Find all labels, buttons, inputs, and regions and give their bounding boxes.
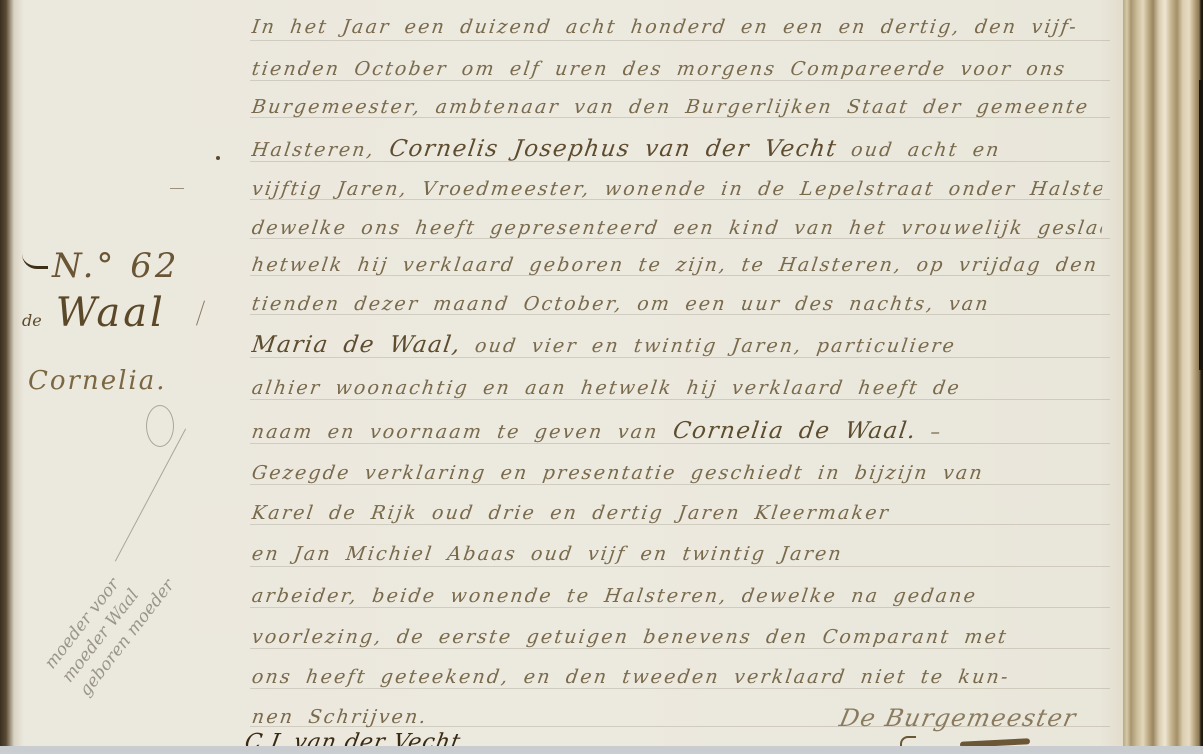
body-line-6: dewelke ons heeft gepresenteerd een kind… [250,217,1103,239]
viewer-bottom-bar [0,746,1203,754]
pencil-annotation: moeder voor moeder Waal geboren moeder [40,502,215,700]
ruled-line [250,484,1110,485]
body-line-11: naam en voornaam te geven van Cornelia d… [250,418,1104,444]
body-line-10: alhier woonachtig en aan hetwelk hij ver… [250,377,1103,399]
body-line-15: arbeider, beide wonende te Halsteren, de… [250,585,1103,607]
margin-slash-mark [196,300,205,325]
place-text: Halsteren, [250,139,376,161]
body-line-7: hetwelk hij verklaard geboren te zijn, t… [250,254,1103,276]
body-line-3: Burgemeester, ambtenaar van den Burgerli… [250,96,1103,118]
body-line-17: ons heeft geteekend, en den tweeden verk… [250,666,1103,688]
ruled-line [250,648,1110,649]
margin-given-name: Cornelia. [28,366,167,396]
ruled-line [250,607,1110,608]
body-line-14: en Jan Michiel Abaas oud vijf en twintig… [250,543,1103,565]
comparant-signature: C.J. van der Vecht [243,730,463,746]
ruled-line [250,524,1110,525]
scanned-register-page: In het Jaar een duizend acht honderd en … [0,0,1203,746]
comparant-name: Cornelis Josephus van der Vecht [388,136,839,162]
body-line-5: vijftig Jaren, Vroedmeester, wonende in … [250,178,1103,200]
body-line-16: voorlezing, de eerste getuigen benevens … [250,626,1103,648]
body-line-1: In het Jaar een duizend acht honderd en … [250,16,1103,38]
body-line-8: tienden dezer maand October, om een uur … [250,293,1103,315]
pencil-loop-mark [146,405,174,447]
ruled-line [250,688,1110,689]
age-text: oud acht en [850,139,1003,161]
body-line-9: Maria de Waal, oud vier en twintig Jaren… [250,332,1104,358]
body-line-4: Halsteren, Cornelis Josephus van der Vec… [250,136,1104,162]
ruled-line [250,399,1110,400]
book-binding-edge [1123,0,1203,746]
swash-decoration [22,254,48,269]
ruled-line [250,566,1110,567]
body-line-18: nen Schrijven. [250,706,513,728]
body-line-2: tienden October om elf uren des morgens … [250,58,1103,80]
body-line-13: Karel de Rijk oud drie en dertig Jaren K… [250,502,1103,524]
child-name: Cornelia de Waal. [671,418,918,444]
burgemeester-signature-start [900,736,916,746]
margin-dash [170,188,184,189]
mother-name: Maria de Waal, [250,332,463,358]
ruled-line [250,40,1110,41]
record-number: N.° 62 [22,246,179,286]
ruled-line [250,80,1110,81]
ink-dot [216,156,220,160]
margin-surname: deWaal [22,290,166,336]
burgemeester-title: De Burgemeester [837,704,1079,732]
burgemeester-signature-stroke [960,738,1030,746]
body-line-12: Gezegde verklaring en presentatie geschi… [250,462,1103,484]
